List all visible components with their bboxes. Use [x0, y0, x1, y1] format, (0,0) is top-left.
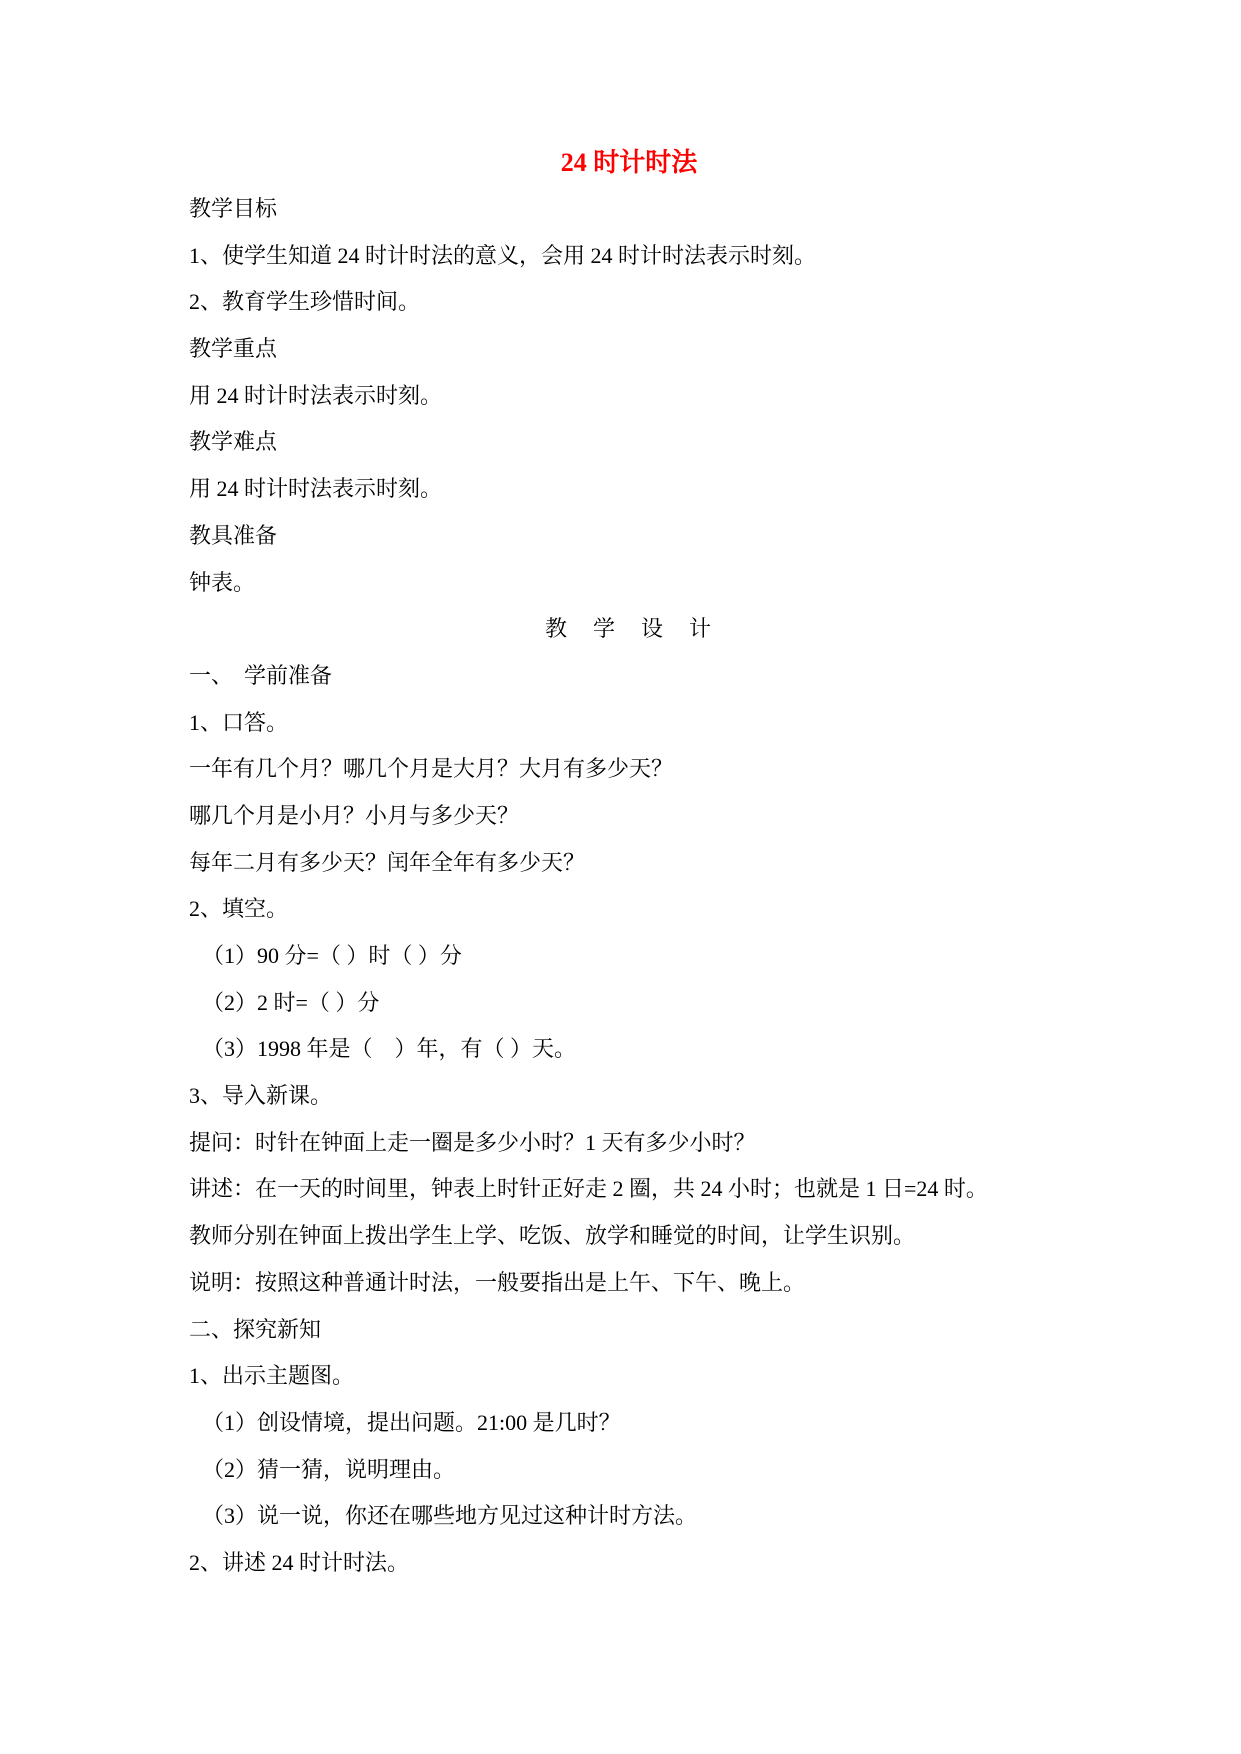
paragraph: 哪几个月是小月？小月与多少天？: [189, 793, 1069, 840]
paragraph: 每年二月有多少天？闰年全年有多少天？: [189, 840, 1069, 887]
paragraph: 1、出示主题图。: [189, 1353, 1069, 1400]
document-body: 24 时计时法 教学目标 1、使学生知道 24 时计时法的意义，会用 24 时计…: [189, 139, 1069, 1587]
list-item: （3）说一说，你还在哪些地方见过这种计时方法。: [189, 1493, 1069, 1540]
section-heading-preparation: 一、 学前准备: [189, 653, 1069, 700]
section-heading-teaching-goals: 教学目标: [189, 186, 1069, 233]
paragraph: 说明：按照这种普通计时法，一般要指出是上午、下午、晚上。: [189, 1260, 1069, 1307]
section-heading-teaching-focus: 教学重点: [189, 326, 1069, 373]
paragraph: 一年有几个月？哪几个月是大月？大月有多少天？: [189, 746, 1069, 793]
paragraph: 用 24 时计时法表示时刻。: [189, 466, 1069, 513]
paragraph: 提问：时针在钟面上走一圈是多少小时？1 天有多少小时？: [189, 1120, 1069, 1167]
list-item: （1）创设情境，提出问题。21:00 是几时？: [189, 1400, 1069, 1447]
doc-title: 24 时计时法: [189, 139, 1069, 186]
section-heading-teaching-aids: 教具准备: [189, 513, 1069, 560]
section-heading-teaching-design: 教 学 设 计: [189, 606, 1069, 653]
fill-blank-item: （1）90 分=（ ）时（ ）分: [189, 933, 1069, 980]
paragraph: 1、使学生知道 24 时计时法的意义，会用 24 时计时法表示时刻。: [189, 233, 1069, 280]
document-page: 24 时计时法 教学目标 1、使学生知道 24 时计时法的意义，会用 24 时计…: [0, 0, 1241, 1754]
paragraph: 2、讲述 24 时计时法。: [189, 1540, 1069, 1587]
fill-blank-item: （3）1998 年是（ ）年，有（ ）天。: [189, 1026, 1069, 1073]
list-item: （2）猜一猜，说明理由。: [189, 1447, 1069, 1494]
section-heading-teaching-difficulty: 教学难点: [189, 419, 1069, 466]
paragraph: 教师分别在钟面上拨出学生上学、吃饭、放学和睡觉的时间，让学生识别。: [189, 1213, 1069, 1260]
paragraph: 钟表。: [189, 560, 1069, 607]
paragraph: 用 24 时计时法表示时刻。: [189, 373, 1069, 420]
paragraph: 3、导入新课。: [189, 1073, 1069, 1120]
paragraph: 讲述：在一天的时间里，钟表上时针正好走 2 圈，共 24 小时；也就是 1 日=…: [189, 1166, 1069, 1213]
fill-blank-item: （2）2 时=（ ）分: [189, 980, 1069, 1027]
section-heading-explore-new-knowledge: 二、探究新知: [189, 1307, 1069, 1354]
paragraph: 2、教育学生珍惜时间。: [189, 279, 1069, 326]
paragraph: 2、填空。: [189, 886, 1069, 933]
paragraph: 1、口答。: [189, 700, 1069, 747]
